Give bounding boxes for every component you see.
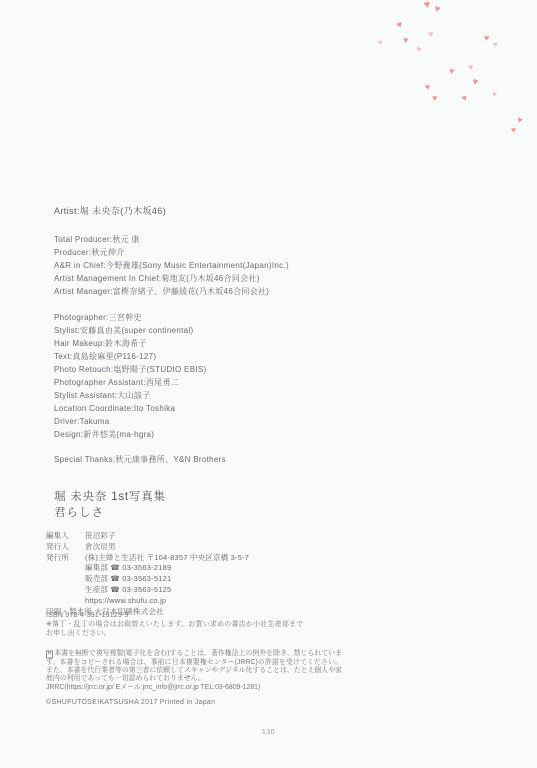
heart-icon: ♥	[432, 94, 438, 104]
heart-icon: ♥	[402, 36, 409, 46]
heart-icon: ♥	[492, 41, 498, 50]
staff-credits: Photographer:三宮幹史 Stylist:安藤真由美(super co…	[54, 311, 206, 441]
heart-icon: ♥	[415, 44, 423, 54]
colophon-row: https://www.shufu.co.jp	[46, 596, 249, 607]
heart-icon: ♥	[377, 39, 384, 48]
page-number: 130	[0, 729, 537, 736]
colophon-row: 編集人笹沼彩子	[46, 531, 249, 542]
heart-icon: ♥	[423, 0, 432, 12]
heart-icon: ♥	[448, 67, 455, 77]
heart-icon: ♥	[471, 77, 479, 88]
colophon-row: 生産部 ☎ 03-3563-5125	[46, 585, 249, 596]
heart-icon: ♥	[461, 93, 469, 103]
colophon-value: 倉次辰男	[85, 542, 116, 551]
artist-line: Artist:堀 未央奈(乃木坂46)	[54, 204, 166, 217]
jrrc-contact-line: JRRC(https://jrrc.or.jp/ Eメール:jrrc_info@…	[46, 684, 342, 692]
photobook-colophon-page: ♥♥♥♥♥♥♥♥♥♥♥♥♥♥♥♥♥♥ Artist:堀 未央奈(乃木坂46) T…	[0, 0, 537, 768]
book-title: 堀 未央奈 1st写真集	[54, 489, 166, 505]
heart-icon: ♥	[395, 20, 404, 31]
credit-line: Total Producer:秋元 康	[54, 233, 289, 246]
heart-icon: ♥	[433, 4, 442, 15]
colophon-value: 笹沼彩子	[85, 531, 116, 540]
credit-line: Hair Makeup:鈴木海希子	[54, 337, 206, 350]
credit-line: Location Coordinate:Ito Toshika	[54, 402, 206, 415]
colophon-value: 編集部 ☎ 03-3563-2189	[85, 563, 171, 572]
colophon-label: 編集人	[46, 531, 85, 542]
colophon-value: 販売部 ☎ 03-3563-5121	[85, 574, 171, 583]
heart-icon: ♥	[491, 91, 497, 100]
colophon-value: (株)主婦と生活社 〒104-8357 中央区京橋 3-5-7	[85, 553, 249, 562]
credit-line: Stylist Assistant:大山諒子	[54, 389, 206, 402]
heart-icon: ♥	[428, 30, 433, 39]
heart-icon: ♥	[511, 126, 517, 136]
colophon-row: 発行所(株)主婦と生活社 〒104-8357 中央区京橋 3-5-7	[46, 553, 249, 564]
special-thanks-line: Special Thanks:秋元康事務所、Y&N Brothers	[54, 454, 226, 465]
isbn-block: ISBN 978-4-391-15129-9 ※落丁・乱丁の場合はお取替えいたし…	[46, 611, 304, 638]
heart-icon: ♥	[484, 34, 490, 43]
credit-line: Design:新井悠美(ma-hgra)	[54, 428, 206, 441]
credit-line: A&R in Chief:今野義雄(Sony Music Entertainme…	[54, 259, 289, 272]
colophon-row: 編集部 ☎ 03-3563-2189	[46, 563, 249, 574]
credit-line: Stylist:安藤真由美(super continental)	[54, 324, 206, 337]
isbn-line: ISBN 978-4-391-15129-9	[46, 611, 304, 621]
credit-line: Text:真島絵麻里(P116-127)	[54, 350, 206, 363]
legal-notice: R本書を無断で複写複製(電子化を含む)することは、著作権法上の例外を除き、禁じら…	[46, 650, 342, 692]
copy-prohibition-mark-icon: R	[46, 651, 53, 659]
colophon-value: 生産部 ☎ 03-3563-5125	[85, 585, 171, 594]
credit-line: Producer:秋元伸介	[54, 246, 289, 259]
credit-line: Driver:Takuma	[54, 415, 206, 428]
colophon-label: 発行所	[46, 553, 85, 564]
heart-icon: ♥	[468, 63, 474, 72]
colophon-row: 販売部 ☎ 03-3563-5121	[46, 574, 249, 585]
heart-icon: ♥	[424, 83, 431, 93]
credit-line: Photo Retouch:塩野陽子(STUDIO EBIS)	[54, 363, 206, 376]
credit-line: Artist Management In Chief:菊地友(乃木坂46合同会社…	[54, 272, 289, 285]
colophon-row: 発行人倉次辰男	[46, 542, 249, 553]
publisher-colophon: 編集人笹沼彩子 発行人倉次辰男 発行所(株)主婦と生活社 〒104-8357 中…	[46, 531, 249, 617]
book-title-block: 堀 未央奈 1st写真集 君らしさ	[54, 489, 166, 521]
publisher-url: https://www.shufu.co.jp	[85, 596, 166, 605]
copyright-line: ©SHUFUTOSEIKATSUSHA 2017 Printed in Japa…	[46, 699, 215, 706]
colophon-label: 発行人	[46, 542, 85, 553]
legal-text: 本書を無断で複写複製(電子化を含む)することは、著作権法上の例外を除き、禁じられ…	[46, 650, 342, 682]
credit-line: Photographer:三宮幹史	[54, 311, 206, 324]
credit-line: Artist Manager:富樫奈緒子、伊藤綾花(乃木坂46合同会社)	[54, 285, 289, 298]
note-line: お申し出ください。	[46, 630, 304, 639]
book-subtitle: 君らしさ	[54, 505, 166, 521]
heart-icon: ♥	[516, 115, 524, 125]
note-line: ※落丁・乱丁の場合はお取替えいたします。お買い求めの書店か小社生産部まで	[46, 621, 304, 630]
production-credits: Total Producer:秋元 康 Producer:秋元伸介 A&R in…	[54, 233, 289, 298]
credit-line: Photographer Assistant:西尾勇二	[54, 376, 206, 389]
